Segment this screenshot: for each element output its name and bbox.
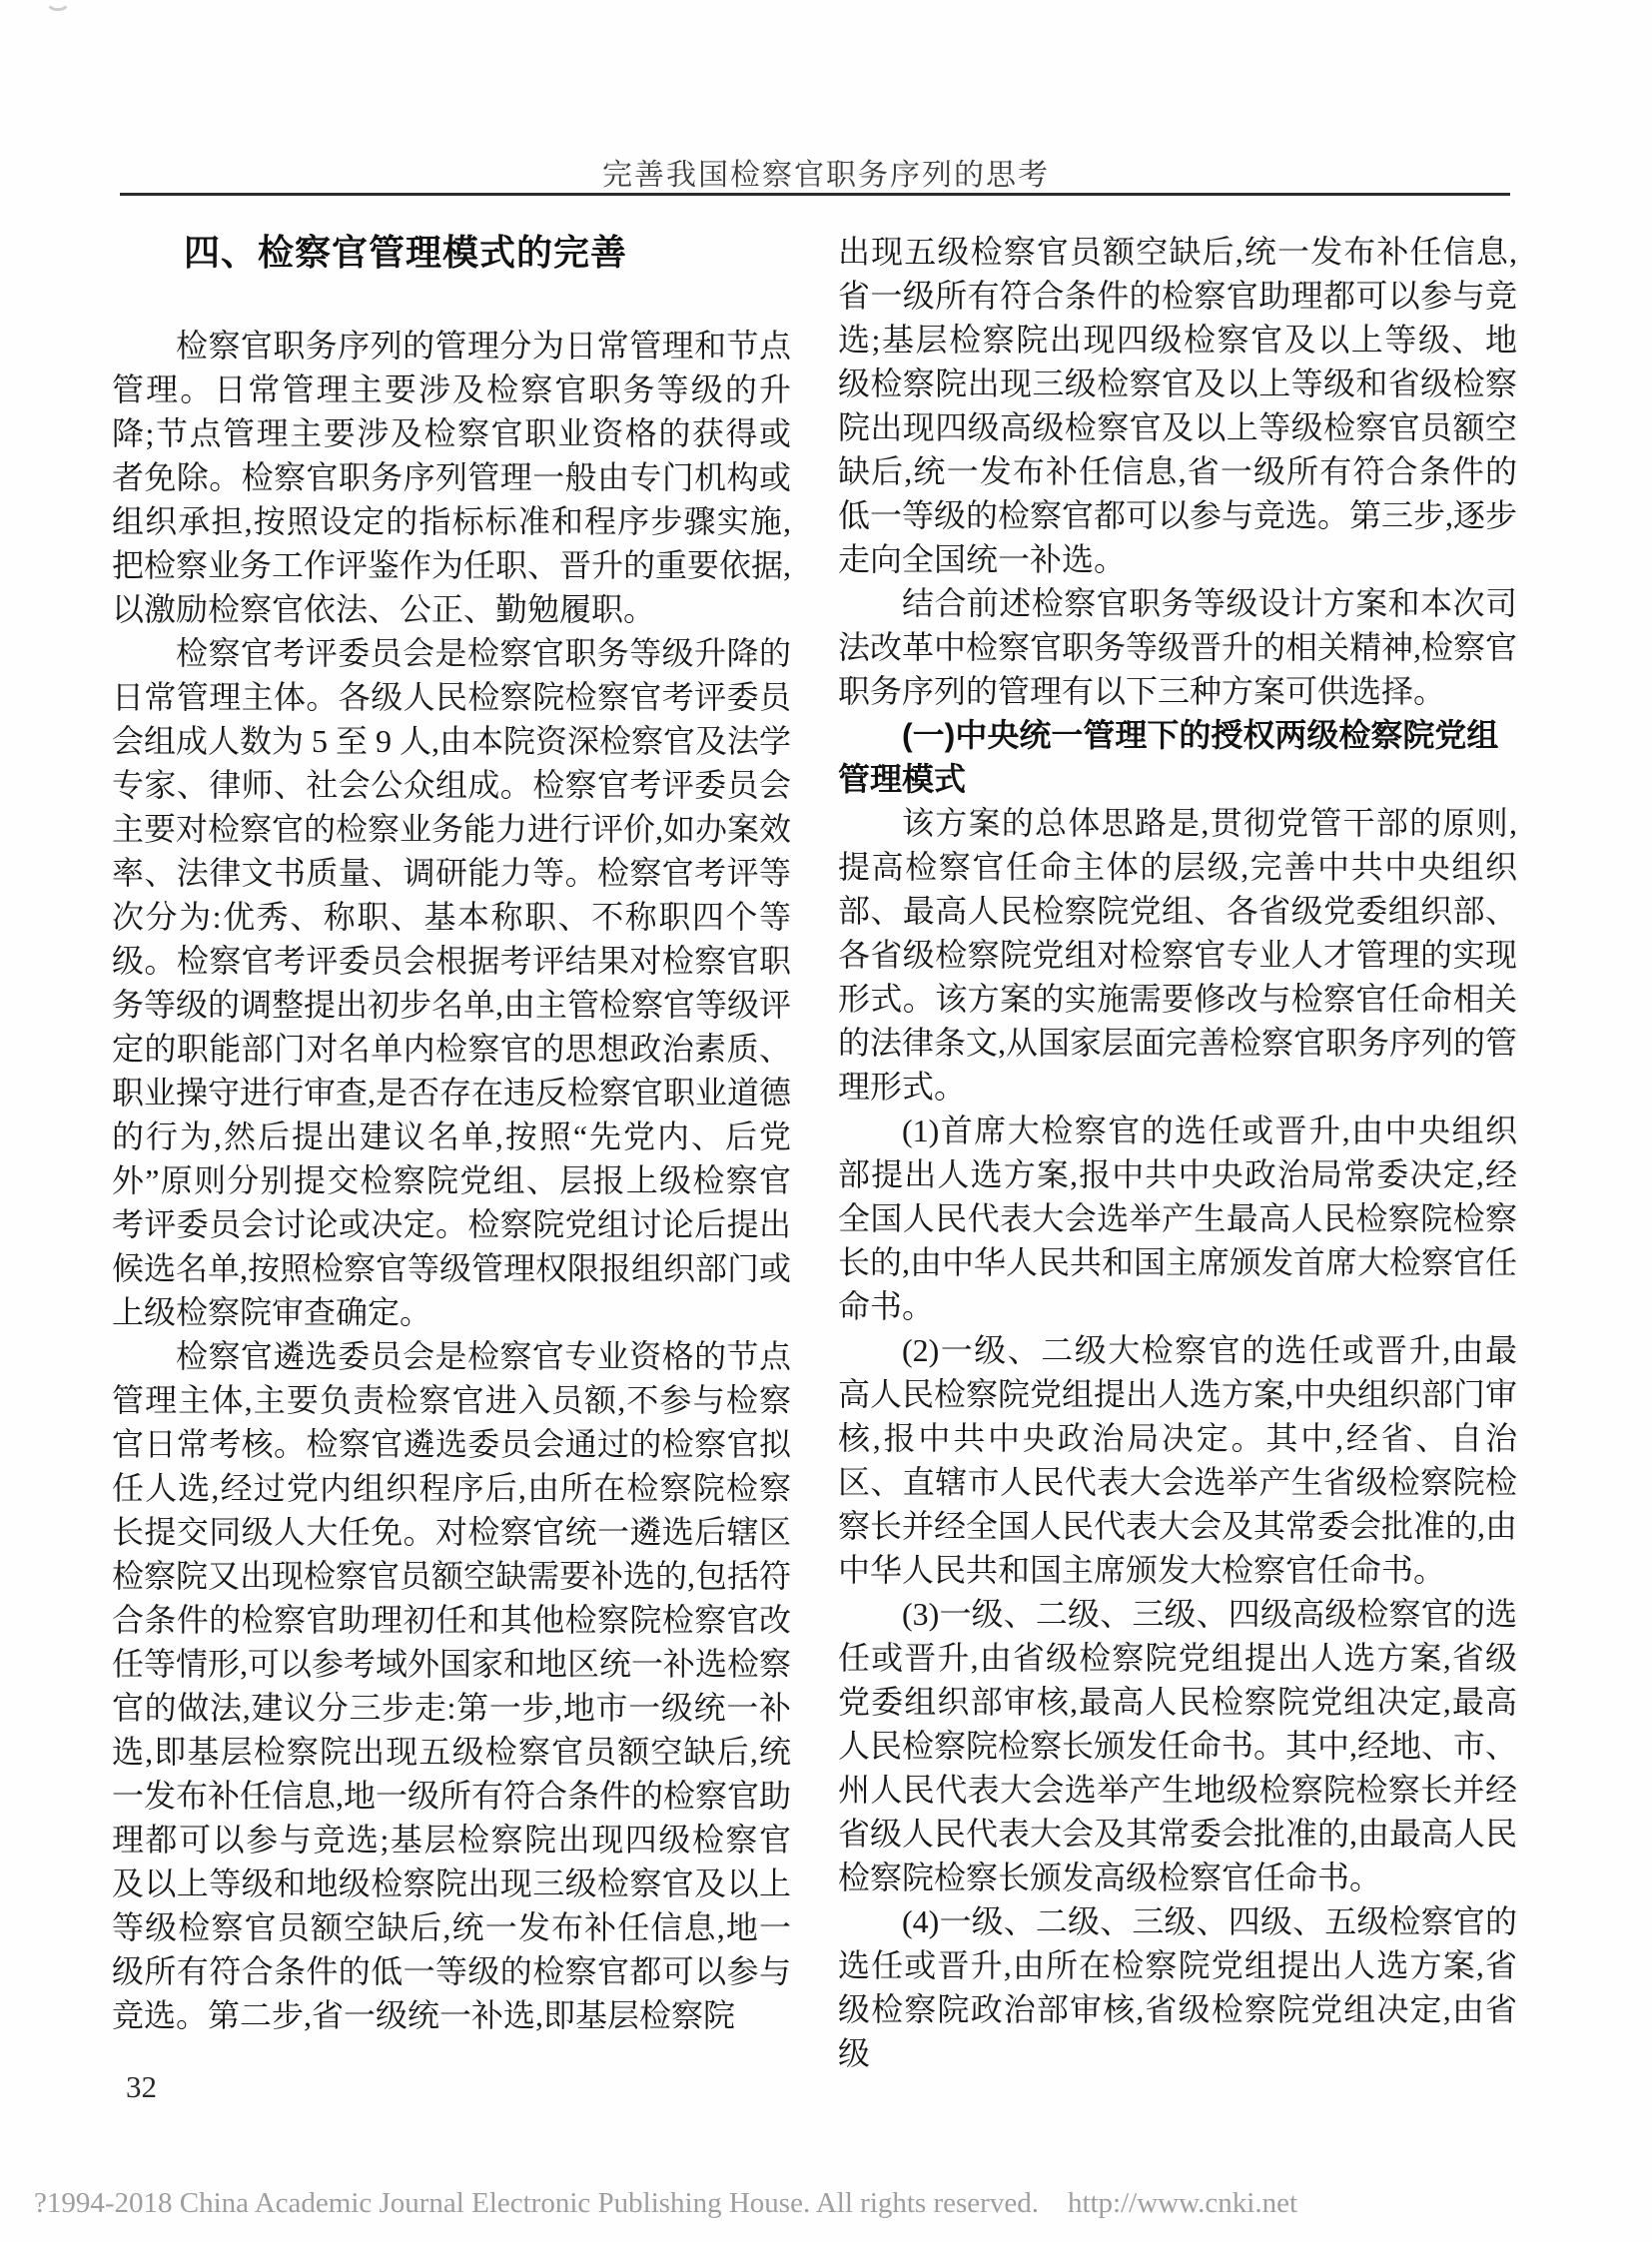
right-paragraph-item-4: (4)一级、二级、三级、四级、五级检察官的选任或晋升,由所在检察院党组提出人选方… (838, 1899, 1517, 2075)
left-paragraph-2: 检察官考评委员会是检察官职务等级升降的日常管理主体。各级人民检察院检察官考评委员… (112, 631, 791, 1334)
right-column: 出现五级检察官员额空缺后,统一发布补任信息,省一级所有符合条件的检察官助理都可以… (838, 230, 1517, 2075)
header-rule (120, 193, 1510, 196)
right-paragraph-item-2: (2)一级、二级大检察官的选任或晋升,由最高人民检察院党组提出人选方案,中央组织… (838, 1328, 1517, 1592)
left-column: 四、检察官管理模式的完善 检察官职务序列的管理分为日常管理和节点管理。日常管理主… (112, 230, 791, 2037)
right-paragraph-item-1: (1)首席大检察官的选任或晋升,由中央组织部提出人选方案,报中共中央政治局常委决… (838, 1109, 1517, 1328)
subsection-heading: (一)中央统一管理下的授权两级检察院党组管理模式 (838, 713, 1517, 801)
left-paragraph-3: 检察官遴选委员会是检察官专业资格的节点管理主体,主要负责检察官进入员额,不参与检… (112, 1334, 791, 2037)
right-paragraph-continuation: 出现五级检察官员额空缺后,统一发布补任信息,省一级所有符合条件的检察官助理都可以… (838, 230, 1517, 581)
right-paragraph-intro: 结合前述检察官职务等级设计方案和本次司法改革中检察官职务等级晋升的相关精神,检察… (838, 581, 1517, 713)
right-paragraph-item-3: (3)一级、二级、三级、四级高级检察官的选任或晋升,由省级检察院党组提出人选方案… (838, 1592, 1517, 1899)
scan-artifact-mark (45, 0, 71, 11)
running-head-title: 完善我国检察官职务序列的思考 (0, 150, 1652, 194)
journal-page: 完善我国检察官职务序列的思考 四、检察官管理模式的完善 检察官职务序列的管理分为… (0, 0, 1652, 2242)
right-paragraph-plan-overview: 该方案的总体思路是,贯彻党管干部的原则,提高检察官任命主体的层级,完善中共中央组… (838, 801, 1517, 1109)
left-paragraph-1: 检察官职务序列的管理分为日常管理和节点管理。日常管理主要涉及检察官职务等级的升降… (112, 324, 791, 631)
copyright-footer: ?1994-2018 China Academic Journal Electr… (34, 2187, 1297, 2220)
page-number: 32 (126, 2069, 157, 2105)
section-heading: 四、检察官管理模式的完善 (112, 230, 791, 276)
